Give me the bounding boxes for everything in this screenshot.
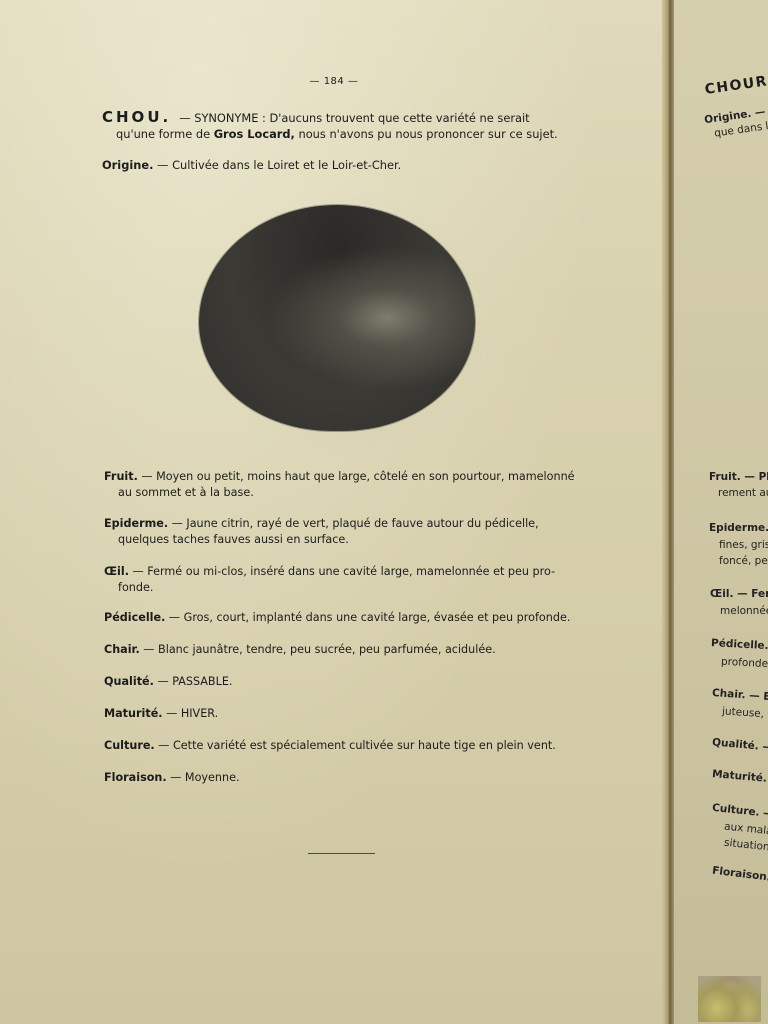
origin-text: — Cultivée dans le Loiret et le Loir-et-… (153, 158, 401, 172)
entry-floraison: Floraison. — Moyenne. (104, 770, 582, 786)
right-line-text: Œil. — Fer (710, 588, 768, 600)
entry-fruit: Fruit. — Moyen ou petit, moins haut que … (104, 469, 582, 501)
entry-label: Floraison. (104, 771, 167, 784)
entry-culture: Culture. — Cette variété est spécialemen… (104, 738, 582, 754)
entry-label: Fruit. (104, 470, 138, 483)
right-line-text: Qualité. — (712, 736, 768, 753)
variety-name: CHOU. (102, 108, 171, 126)
right-line-text: Pédicelle. — (711, 637, 768, 653)
entry-text: — PASSABLE. (154, 675, 233, 688)
right-line-text: Epiderme. — (709, 522, 768, 534)
right-line: Epiderme. — (709, 521, 768, 535)
right-line: Chair. — E (712, 686, 768, 704)
right-line-text: Maturité. — (712, 768, 768, 786)
entry-maturite: Maturité. — HIVER. (104, 706, 582, 722)
right-line: Culture. — (711, 801, 768, 821)
entry-text: — Blanc jaunâtre, tendre, peu sucrée, pe… (140, 643, 496, 656)
origin-entry: Origine. — Cultivée dans le Loiret et le… (102, 157, 580, 173)
right-line: foncé, pe (719, 554, 768, 568)
entry-label: Maturité. (104, 707, 163, 720)
right-page-title: CHOURR (704, 72, 768, 98)
entry-oeil: Œil. — Fermé ou mi-clos, inséré dans une… (104, 564, 582, 596)
entry-epiderme: Epiderme. — Jaune citrin, rayé de vert, … (104, 516, 582, 548)
right-line: fines, gris (719, 538, 768, 552)
synonym-line2-end: nous n'avons pu nous prononcer sur ce su… (295, 127, 558, 141)
right-line: Pédicelle. — (711, 636, 768, 654)
entry-label: Culture. (104, 739, 155, 752)
right-line-text: Chair. — E (712, 687, 768, 703)
entry-text: — Fermé ou mi-clos, inséré dans une cavi… (129, 565, 555, 578)
entry-qualite: Qualité. — PASSABLE. (104, 674, 582, 690)
right-line-text: Culture. — (712, 802, 768, 820)
variety-heading: CHOU.— SYNONYME : D'aucuns trouvent que … (102, 109, 580, 142)
right-line: melonnée. (720, 604, 768, 618)
entry-label: Qualité. (104, 675, 154, 688)
entry-continuation: au sommet et à la base. (104, 485, 582, 501)
right-line: profonde. (721, 655, 768, 672)
entry-pedicelle: Pédicelle. — Gros, court, implanté dans … (104, 610, 582, 626)
entry-label: Pédicelle. (104, 611, 165, 624)
page-number: — 184 — (0, 76, 668, 87)
left-page: — 184 — CHOU.— SYNONYME : D'aucuns trouv… (0, 0, 668, 1024)
entry-label: Chair. (104, 643, 140, 656)
synonym-line2-start: qu'une forme de (116, 127, 214, 141)
entry-chair: Chair. — Blanc jaunâtre, tendre, peu suc… (104, 642, 582, 658)
entry-label: Œil. (104, 565, 129, 578)
right-line-text: Fruit. — Plu (709, 471, 768, 483)
entry-continuation: fonde. (104, 580, 582, 596)
origin-label: Origine. (102, 158, 153, 172)
entry-text: — Moyen ou petit, moins haut que large, … (138, 470, 575, 483)
right-line: juteuse, t (722, 704, 768, 721)
fruit-photograph (199, 205, 475, 431)
right-line: situation (723, 836, 768, 855)
synonym-text: — SYNONYME : D'aucuns trouvent que cette… (179, 111, 529, 125)
entry-text: — Moyenne. (167, 771, 240, 784)
entry-text: — HIVER. (163, 707, 219, 720)
right-line: rement au (718, 486, 768, 500)
entry-continuation: quelques taches fauves aussi en surface. (104, 532, 582, 548)
right-page: CHOURR Origine. — Tr que dans les Fruit.… (674, 0, 768, 1024)
entry-text: — Cette variété est spécialement cultivé… (155, 739, 556, 752)
entry-label: Epiderme. (104, 517, 168, 530)
entry-text: — Gros, court, implanté dans une cavité … (165, 611, 570, 624)
synonym-continuation: qu'une forme de Gros Locard, nous n'avon… (102, 126, 580, 142)
right-line: Maturité. — (712, 767, 768, 787)
synonym-bold-name: Gros Locard, (214, 127, 295, 141)
corner-thumbnail-image (698, 976, 761, 1022)
entry-text: — Jaune citrin, rayé de vert, plaqué de … (168, 517, 539, 530)
right-line: Floraison. — (711, 864, 768, 887)
section-divider (308, 853, 375, 854)
right-line: Œil. — Fer (710, 587, 768, 601)
right-line-text: Floraison. — (712, 865, 768, 886)
right-line: Qualité. — (712, 735, 768, 754)
right-line: Fruit. — Plu (709, 470, 768, 484)
